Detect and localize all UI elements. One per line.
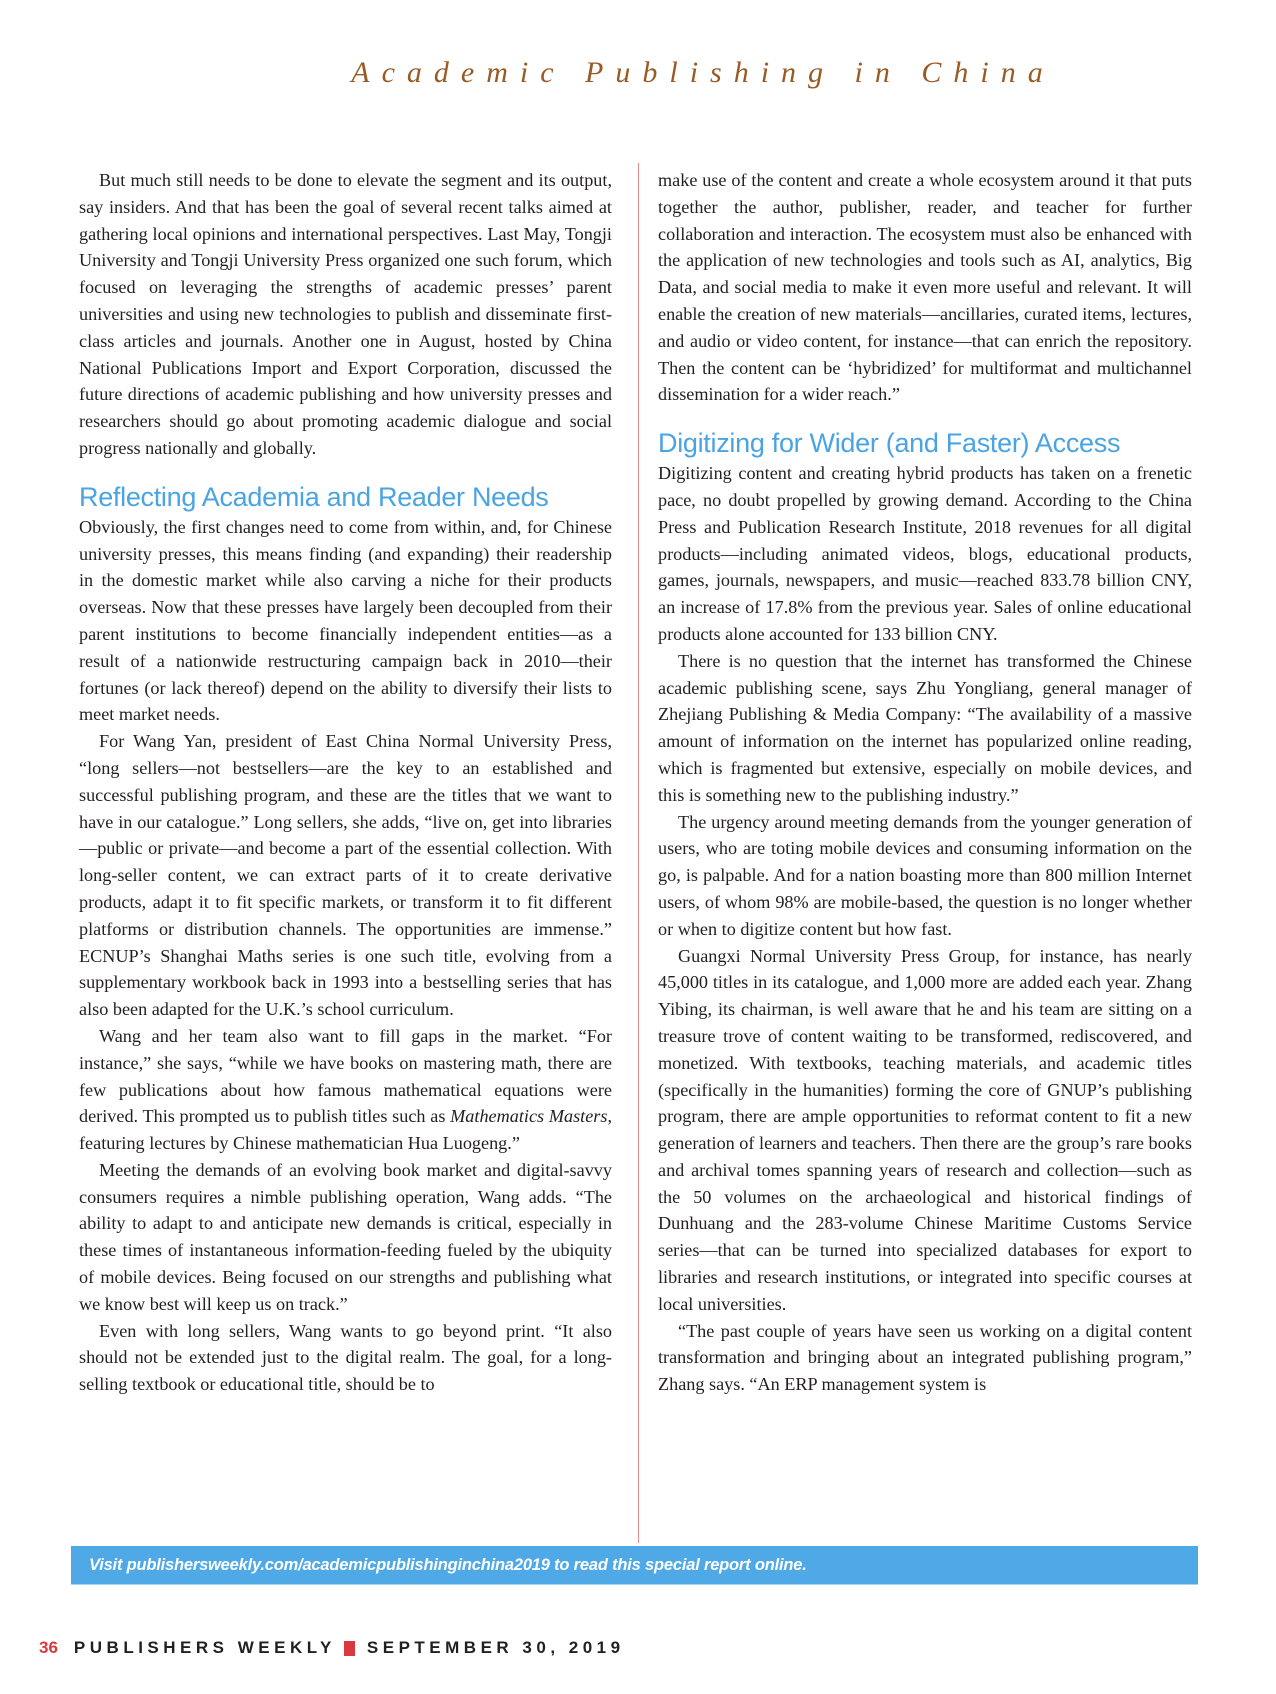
paragraph: Guangxi Normal University Press Group, f… — [658, 943, 1192, 1318]
right-column: make use of the content and create a who… — [658, 167, 1192, 1398]
paragraph: Digitizing content and creating hybrid p… — [658, 460, 1192, 648]
paragraph: Wang and her team also want to fill gaps… — [79, 1023, 612, 1157]
paragraph: Obviously, the first changes need to com… — [79, 514, 612, 728]
section-heading-reflecting-academia: Reflecting Academia and Reader Needs — [79, 480, 612, 514]
paragraph: Meeting the demands of an evolving book … — [79, 1157, 612, 1318]
paragraph: “The past couple of years have seen us w… — [658, 1318, 1192, 1398]
page-number: 36 — [39, 1638, 58, 1658]
paragraph: For Wang Yan, president of East China No… — [79, 728, 612, 1023]
column-divider — [638, 163, 639, 1543]
section-heading-digitizing: Digitizing for Wider (and Faster) Access — [658, 426, 1192, 460]
left-column: But much still needs to be done to eleva… — [79, 167, 612, 1398]
paragraph: There is no question that the internet h… — [658, 648, 1192, 809]
paragraph: But much still needs to be done to eleva… — [79, 167, 612, 462]
book-title: Mathematics Masters — [450, 1106, 607, 1126]
paragraph: Even with long sellers, Wang wants to go… — [79, 1318, 612, 1398]
running-head: Academic Publishing in China — [0, 56, 1276, 90]
page-footer: 36 PUBLISHERS WEEKLY SEPTEMBER 30, 2019 — [39, 1638, 625, 1658]
paragraph: The urgency around meeting demands from … — [658, 809, 1192, 943]
special-report-banner: Visit publishersweekly.com/academicpubli… — [71, 1546, 1198, 1585]
issue-date: SEPTEMBER 30, 2019 — [367, 1638, 625, 1658]
publication-name: PUBLISHERS WEEKLY — [74, 1638, 336, 1658]
paragraph: make use of the content and create a who… — [658, 167, 1192, 408]
square-bullet-icon — [344, 1641, 355, 1656]
special-report-link[interactable]: Visit publishersweekly.com/academicpubli… — [89, 1556, 807, 1575]
